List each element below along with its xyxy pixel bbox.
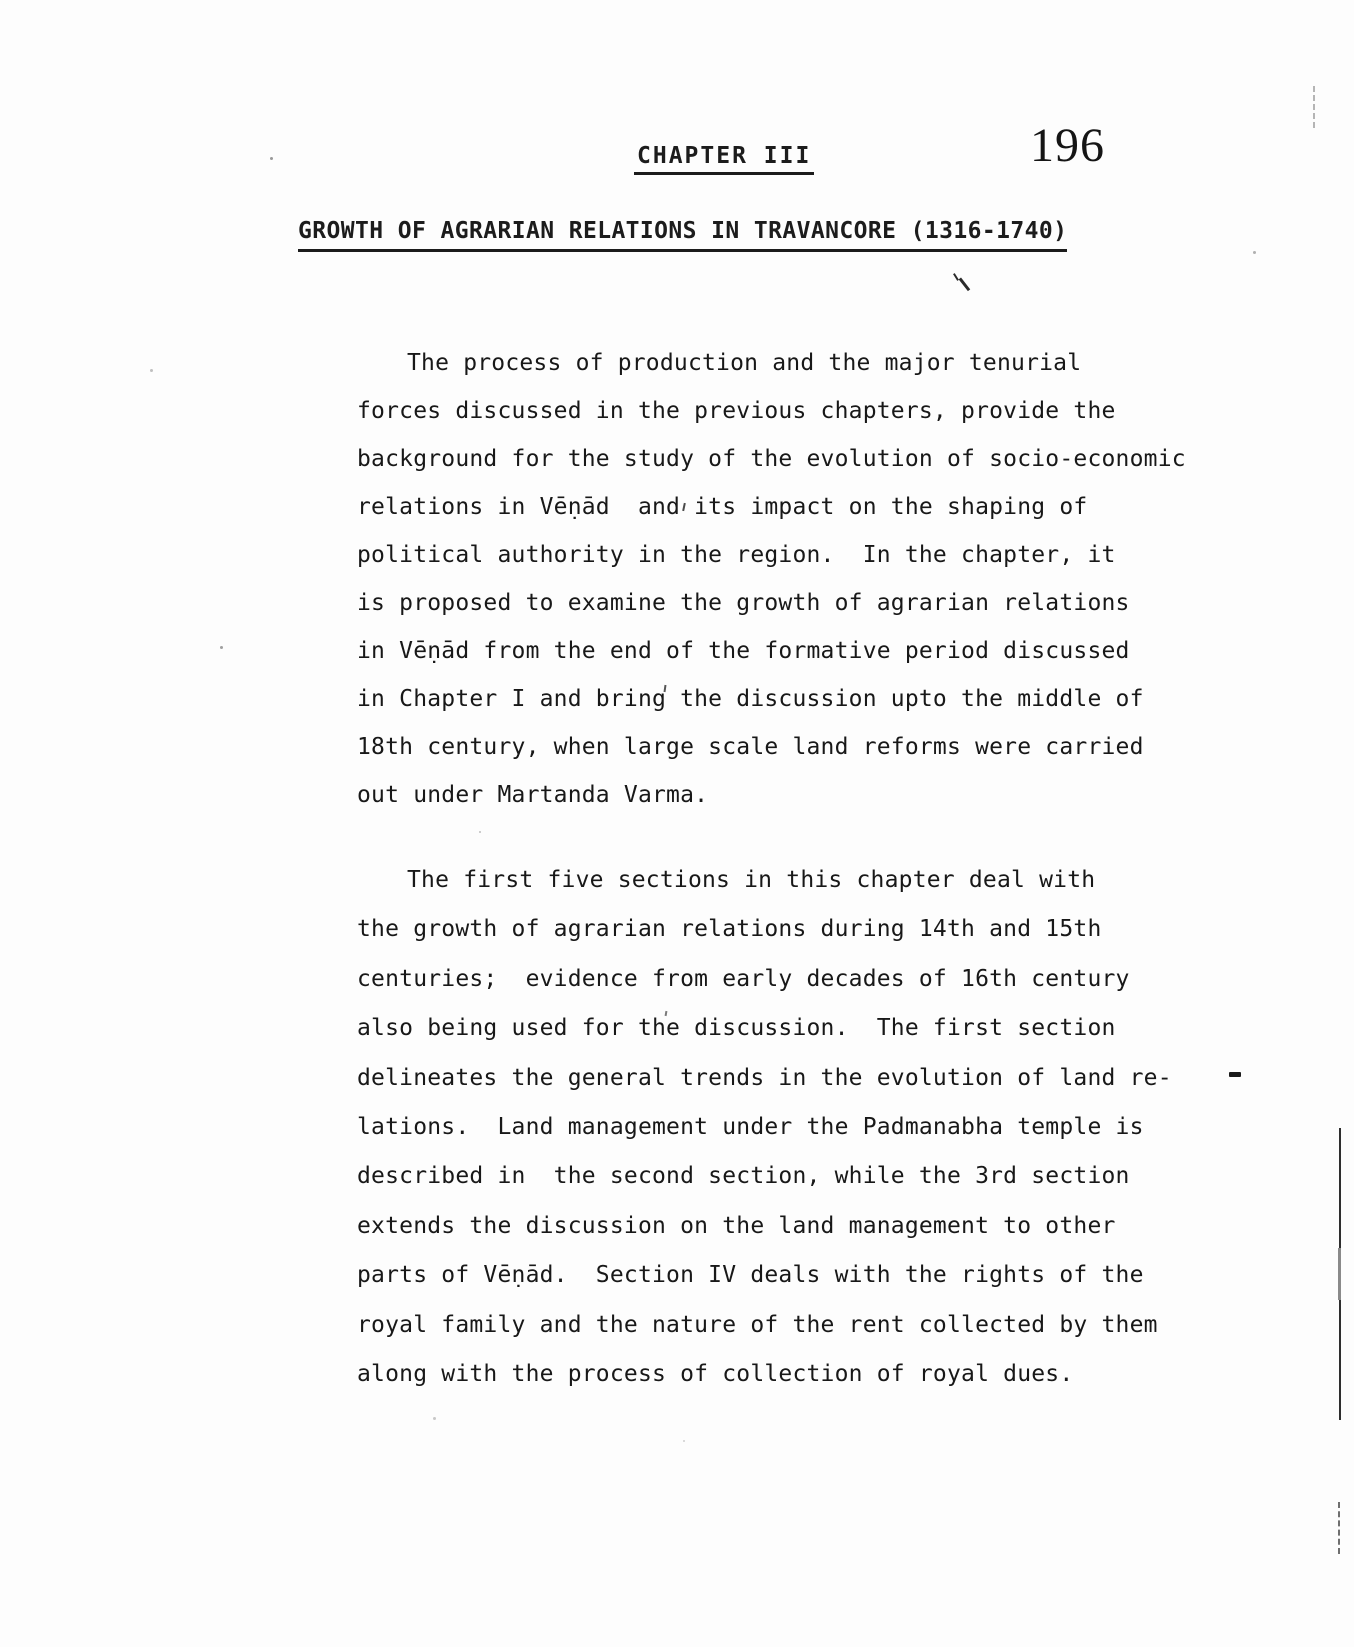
scan-artifact-dashed-line-top-right	[1313, 86, 1315, 128]
scan-artifact-vertical-line-gray	[1338, 1248, 1341, 1300]
scan-artifact-speck	[150, 369, 153, 372]
scanned-document-page: CHAPTER III 196 GROWTH OF AGRARIAN RELAT…	[0, 0, 1354, 1647]
chapter-heading: CHAPTER III	[634, 142, 814, 175]
scan-artifact-speck	[1253, 251, 1256, 254]
scan-artifact-dash-right-margin	[1229, 1072, 1241, 1077]
scan-artifact-diagonal-tick-large	[959, 278, 970, 291]
page-number: 196	[1030, 122, 1105, 170]
scan-artifact-speck	[220, 646, 223, 649]
paragraph-1: The process of production and the major …	[357, 339, 1227, 819]
scan-artifact-speck	[683, 1440, 685, 1442]
scan-artifact-speck	[270, 157, 273, 160]
document-title: GROWTH OF AGRARIAN RELATIONS IN TRAVANCO…	[298, 217, 1067, 252]
scan-artifact-speck	[433, 1417, 436, 1420]
scan-artifact-dashed-line-lower	[1338, 1502, 1340, 1554]
paragraph-2: The first five sections in this chapter …	[357, 856, 1227, 1399]
scan-artifact-speck	[479, 831, 481, 833]
